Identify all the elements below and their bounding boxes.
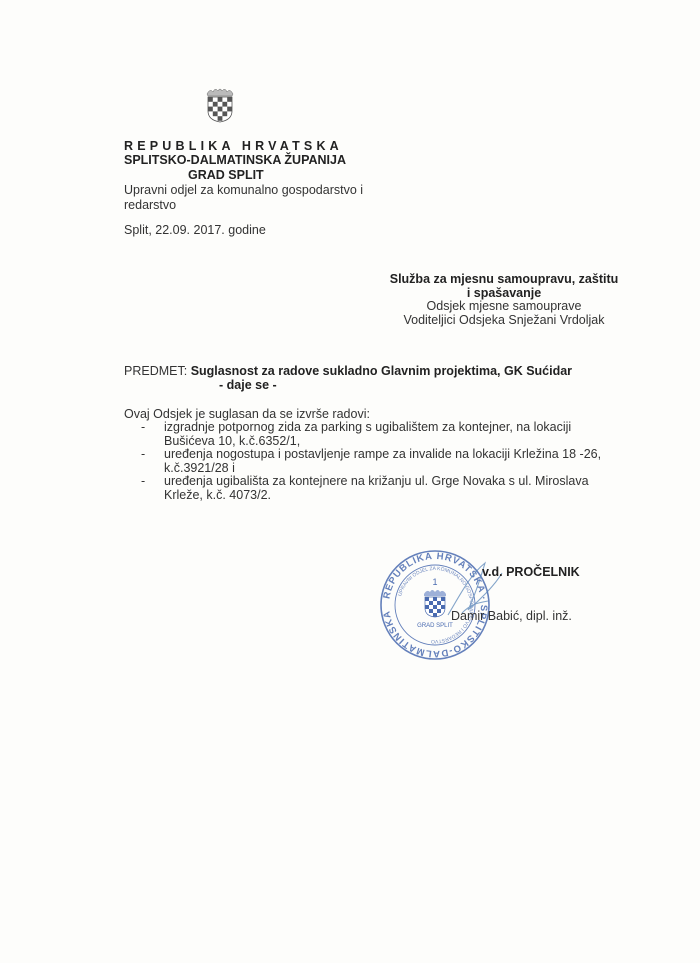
svg-text:1: 1 (432, 577, 437, 587)
recipient-person: Voditeljici Odsjeka Snježani Vrdoljak (385, 314, 623, 328)
signatory-title: v.d. PROČELNIK (482, 565, 580, 579)
recipient-section: Odsjek mjesne samouprave (385, 300, 623, 314)
coat-of-arms-icon (205, 87, 235, 123)
body-intro: Ovaj Odsjek je suglasan da se izvrše rad… (124, 407, 370, 421)
list-item: -uređenja nogostupa i postavljenje rampe… (124, 448, 606, 475)
subject-text: Suglasnost za radove sukladno Glavnim pr… (191, 364, 572, 378)
works-list: -izgradnje potpornog zida za parking s u… (124, 421, 606, 502)
list-item: -izgradnje potpornog zida za parking s u… (124, 421, 606, 448)
subject-line-2: - daje se - (219, 378, 277, 392)
header-department: Upravni odjel za komunalno gospodarstvo … (124, 183, 364, 213)
header-country: REPUBLIKA HRVATSKA (124, 139, 343, 153)
recipient-block: Služba za mjesnu samoupravu, zaštitu i s… (385, 273, 623, 327)
place-date: Split, 22.09. 2017. godine (124, 223, 266, 237)
subject-line: PREDMET: Suglasnost za radove sukladno G… (124, 364, 572, 378)
header-city: GRAD SPLIT (188, 168, 264, 182)
header-county: SPLITSKO-DALMATINSKA ŽUPANIJA (124, 153, 346, 167)
list-item: -uređenja ugibališta za kontejnere na kr… (124, 475, 606, 502)
recipient-service: Služba za mjesnu samoupravu, zaštitu (385, 273, 623, 287)
recipient-service-cont: i spašavanje (385, 287, 623, 301)
subject-label: PREDMET: (124, 364, 187, 378)
signatory-name: Damir Babić, dipl. inž. (451, 609, 572, 623)
